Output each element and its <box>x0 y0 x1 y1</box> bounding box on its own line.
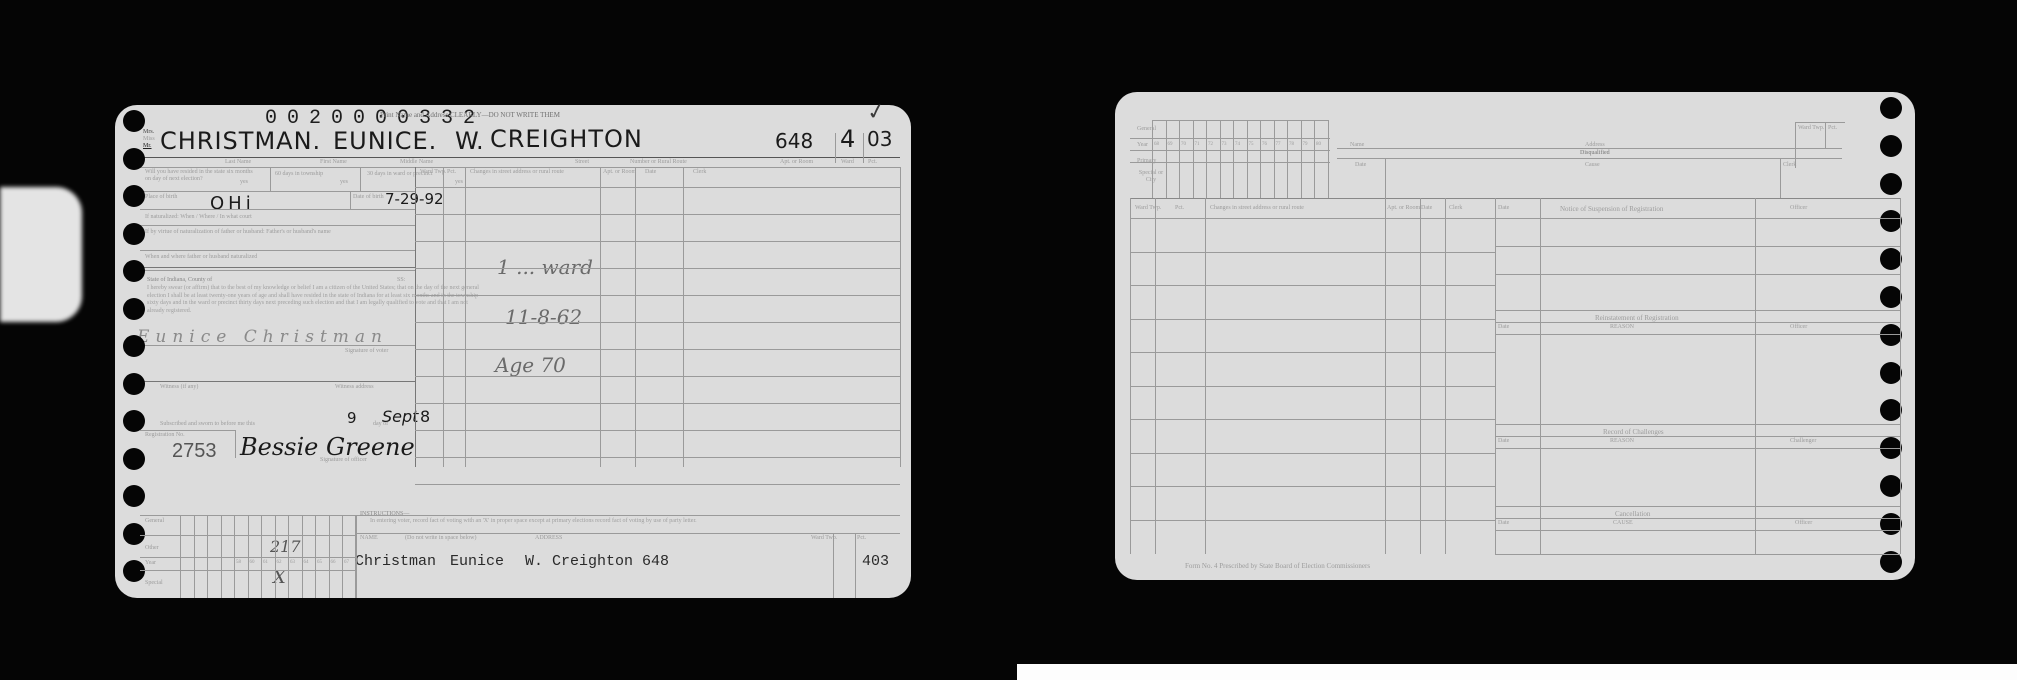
label-apt: Apt. or Room <box>780 159 813 165</box>
table-row-rule <box>1130 352 1495 353</box>
grid-col-rule <box>1287 120 1288 198</box>
punch-hole <box>123 260 145 282</box>
challenge-header-date: Date <box>1498 438 1509 444</box>
rule <box>1795 122 1845 123</box>
table-row-rule <box>415 214 900 215</box>
last-name: CHRISTMAN. <box>160 127 321 155</box>
table-row-rule <box>1130 486 1495 487</box>
grid-col-rule <box>1247 120 1248 198</box>
punch-hole <box>123 298 145 320</box>
scan-artifact-blob <box>0 187 82 322</box>
grid-year-label: 75 <box>1249 142 1254 147</box>
rule <box>140 250 415 251</box>
ward: 4 <box>840 125 855 153</box>
table-col-rule <box>1900 198 1901 554</box>
grid-row-other: Other <box>145 545 159 551</box>
grid-row-rule <box>1152 120 1328 121</box>
grid-year-label: 73 <box>1222 142 1227 147</box>
rule <box>1780 158 1781 198</box>
punch-hole <box>123 485 145 507</box>
street-direction: W. <box>455 127 484 155</box>
punch-hole <box>1880 248 1902 270</box>
reinstatement-header-officer: Officer <box>1790 324 1807 330</box>
grid-row-rule <box>1130 138 1330 139</box>
salutation-mr: Mr. <box>143 143 152 149</box>
table-row-rule <box>1130 252 1495 253</box>
rule <box>140 270 415 271</box>
first-name: EUNICE. <box>333 127 437 155</box>
punch-hole <box>123 448 145 470</box>
rule <box>443 167 444 467</box>
table-row-rule <box>415 349 900 350</box>
rule <box>855 533 856 598</box>
witness-address-label: Witness address <box>335 384 374 390</box>
cancellation-title: Cancellation <box>1615 510 1650 518</box>
changes-header-address: Changes in street address or rural route <box>1210 205 1304 211</box>
grid-year-label: 68 <box>1154 142 1159 147</box>
typed-last-name: Christman <box>355 553 436 570</box>
changes-header-clerk: Clerk <box>1449 205 1462 211</box>
suspension-header-officer: Officer <box>1790 205 1807 211</box>
table-row-rule <box>415 241 900 242</box>
grid-row-rule <box>140 570 355 571</box>
section-rule <box>1495 436 1900 437</box>
punch-hole <box>123 223 145 245</box>
suspension-header-date: Date <box>1498 205 1509 211</box>
punch-hole <box>1880 286 1902 308</box>
grid-col-rule <box>1314 120 1315 198</box>
bottom-label-address: ADDRESS <box>535 535 562 541</box>
section-rule <box>1495 274 1900 275</box>
grid-year-label: 69 <box>1168 142 1173 147</box>
table-row-rule <box>415 403 900 404</box>
rule <box>1795 122 1796 168</box>
checkmark-icon: ✓ <box>865 98 888 127</box>
punch-hole <box>123 560 145 582</box>
voter-registration-card-back: General Year Primary Special or City Nam… <box>1115 92 1915 580</box>
punch-hole <box>1880 513 1902 535</box>
township-question: 60 days in township <box>275 171 323 177</box>
note-ward: 1 ... ward <box>497 255 593 279</box>
grid-row-rule <box>1130 162 1330 163</box>
grid-year-label: 64 <box>304 560 309 565</box>
rule <box>355 533 900 534</box>
grid-year-label: 72 <box>1208 142 1213 147</box>
grid-col-rule <box>1220 120 1221 198</box>
challenge-header-reason: REASON <box>1610 438 1634 444</box>
changes-header-ward: Ward Twp. <box>1135 205 1161 211</box>
registration-number: 2753 <box>172 440 217 463</box>
punch-hole <box>123 523 145 545</box>
scan-border-bar <box>1017 664 2017 680</box>
table-row-rule <box>1130 285 1495 286</box>
rule <box>415 167 416 467</box>
section-rule <box>1495 554 1900 555</box>
punch-hole <box>123 185 145 207</box>
registrar-label: Signature of officer <box>320 457 367 463</box>
instructions-text: In entering voter, record fact of voting… <box>370 518 850 526</box>
note-date: 11-8-62 <box>505 305 582 329</box>
grid-year-label: 60 <box>250 560 255 565</box>
street-name: CREIGHTON <box>490 125 643 153</box>
grid-col-rule <box>1233 120 1234 198</box>
salutation-mrs: Mrs. <box>143 129 154 135</box>
registration-no-label: Registration No. <box>145 432 185 438</box>
label-first-name: First Name <box>320 159 347 165</box>
rule <box>1130 198 1900 199</box>
grid-year-label: 61 <box>263 560 268 565</box>
section-rule <box>1495 218 1900 219</box>
label-number: Number or Rural Route <box>630 159 687 165</box>
table-col-rule <box>1495 198 1496 554</box>
section-rule <box>1495 322 1900 323</box>
naturalized-label: If naturalized: When / Where / In what c… <box>145 214 252 220</box>
reinstatement-header-reason: REASON <box>1610 324 1634 330</box>
label-ward-twp: Ward Twp. <box>1798 125 1824 131</box>
table-col-rule <box>1755 198 1756 554</box>
grid-col-rule <box>1206 120 1207 198</box>
section-rule <box>1495 518 1900 519</box>
table-row-rule <box>415 457 900 458</box>
changes-header-pct: Pct. <box>447 169 456 175</box>
voter-signature: Eunice Christman <box>137 327 388 347</box>
grid-year-label: 74 <box>1235 142 1240 147</box>
rule <box>140 381 415 382</box>
changes-header-apt: Apt. or Room <box>1387 205 1420 211</box>
rule <box>635 167 636 467</box>
table-row-rule <box>415 484 900 485</box>
grid-col-rule <box>1260 120 1261 198</box>
grid-year-label: 78 <box>1289 142 1294 147</box>
label-ward: Ward <box>841 159 854 165</box>
grid-row-rule <box>1130 150 1330 151</box>
grid-row-general: General <box>145 518 164 524</box>
salutation-miss: Miss <box>143 136 155 142</box>
subscribed-year: 8 <box>420 407 430 426</box>
grid-year-label: 66 <box>331 560 336 565</box>
cancellation-header-cause: CAUSE <box>1613 520 1633 526</box>
punch-hole <box>1880 475 1902 497</box>
grid-col-rule <box>1166 120 1167 198</box>
grid-col-rule <box>356 515 357 598</box>
township-answer: yes <box>340 179 348 185</box>
rule <box>235 430 236 458</box>
place-of-birth-label: Place of birth <box>145 194 177 200</box>
grid-year-label: 65 <box>317 560 322 565</box>
table-row-rule <box>1130 520 1495 521</box>
bottom-label-pct: Pct. <box>857 535 866 541</box>
section-rule <box>1495 246 1900 247</box>
rule <box>1337 158 1842 159</box>
grid-row-general: General <box>1137 126 1156 132</box>
rule <box>1337 148 1842 149</box>
grid-year-label: 58 <box>236 560 241 565</box>
oath-ss: SS: <box>397 277 405 283</box>
rule <box>140 225 415 226</box>
label-disqualified: Disqualified <box>1580 150 1610 156</box>
section-rule <box>1495 448 1900 449</box>
grid-row-special: Special or City <box>1137 170 1165 184</box>
bottom-label-note: (Do not write in space below) <box>405 535 476 541</box>
rule <box>1385 158 1386 198</box>
changes-header-date: Date <box>645 169 656 175</box>
grid-year-label: 80 <box>1316 142 1321 147</box>
grid-col-rule <box>1152 120 1153 198</box>
table-row-rule <box>1130 419 1495 420</box>
punch-hole <box>1880 362 1902 384</box>
table-row-rule <box>415 187 900 188</box>
punch-hole <box>1880 97 1902 119</box>
punch-hole <box>123 148 145 170</box>
typed-street: W. Creighton 648 <box>525 553 669 570</box>
derivative-label: If by virtue of naturalization of father… <box>145 229 405 236</box>
rule <box>900 167 901 467</box>
header-instruction: Print Name and Address CLEARLY—DO NOT WR… <box>380 111 560 119</box>
grid-year-label: 63 <box>290 560 295 565</box>
instructions-heading: INSTRUCTIONS— <box>360 511 409 517</box>
grid-year-label: 79 <box>1303 142 1308 147</box>
changes-header-date: Date <box>1421 205 1432 211</box>
section-rule <box>1495 310 1900 311</box>
grid-row-primary: Primary <box>1137 158 1156 164</box>
rule <box>140 167 900 168</box>
section-rule <box>1495 506 1900 507</box>
rule <box>835 133 836 163</box>
punch-hole <box>123 373 145 395</box>
section-rule <box>1495 530 1900 531</box>
punch-hole <box>1880 135 1902 157</box>
table-row-rule <box>1130 453 1495 454</box>
table-row-rule <box>415 376 900 377</box>
rule <box>270 167 271 191</box>
rule <box>360 167 361 191</box>
rule <box>465 167 466 467</box>
state-residence-question: Will you have resided in the state six m… <box>145 169 255 183</box>
rule <box>1825 122 1826 148</box>
place-of-birth: OHi <box>210 193 255 214</box>
subscribed-label: Subscribed and sworn to before me this <box>160 421 255 427</box>
when-where-label: When and where father or husband natural… <box>145 254 257 260</box>
label-street: Street <box>575 159 589 165</box>
changes-header-pct: Pct. <box>1175 205 1184 211</box>
rule <box>600 167 601 467</box>
changes-header-apt: Apt. or Room <box>603 169 636 175</box>
grid-row-special: Special <box>145 580 163 586</box>
note-age: Age 70 <box>495 353 566 377</box>
punch-hole <box>123 410 145 432</box>
precinct: 03 <box>867 127 892 151</box>
grid-year-label: 71 <box>1195 142 1200 147</box>
reinstatement-title: Reinstatement of Registration <box>1595 314 1679 322</box>
table-row-rule <box>1130 218 1495 219</box>
grid-col-rule <box>1179 120 1180 198</box>
section-rule <box>1495 424 1900 425</box>
cancellation-header-date: Date <box>1498 520 1509 526</box>
signature-label: Signature of voter <box>345 348 388 354</box>
rule <box>833 533 834 598</box>
bottom-label-name: NAME <box>360 535 378 541</box>
rule <box>140 345 415 346</box>
challenge-header-challenger: Challenger <box>1790 438 1816 444</box>
cancellation-header-officer: Officer <box>1795 520 1812 526</box>
grid-col-rule <box>1301 120 1302 198</box>
table-row-rule <box>415 322 900 323</box>
grid-year-label: 76 <box>1262 142 1267 147</box>
rule <box>863 133 864 163</box>
rule <box>140 191 415 192</box>
rule <box>140 515 900 516</box>
witness-label: Witness (if any) <box>160 384 198 390</box>
apt-number: 648 <box>775 129 813 153</box>
oath-heading: State of Indiana, County of <box>147 277 212 283</box>
table-row-rule <box>415 430 900 431</box>
rule <box>683 167 684 467</box>
table-row-rule <box>415 295 900 296</box>
label-pct: Pct. <box>868 159 877 165</box>
subscribed-day: 9 <box>347 409 357 427</box>
rule <box>140 430 235 431</box>
grid-col-rule <box>1328 120 1329 198</box>
challenge-title: Record of Challenges <box>1603 428 1664 436</box>
label-cause: Cause <box>1585 162 1600 168</box>
voter-registration-card-front: 0020000332 Print Name and Address CLEARL… <box>115 105 911 598</box>
grid-col-rule <box>1274 120 1275 198</box>
table-row-rule <box>1130 319 1495 320</box>
label-date: Date <box>1355 162 1366 168</box>
rule <box>140 157 900 158</box>
grid-year-label: 70 <box>1181 142 1186 147</box>
precinct-answer: yes <box>455 179 463 185</box>
typed-ward-pct: 403 <box>862 553 889 570</box>
table-row-rule <box>415 268 900 269</box>
form-footer: Form No. 4 Prescribed by State Board of … <box>1185 562 1370 570</box>
suspension-header-notice: Notice of Suspension of Registration <box>1560 205 1663 213</box>
grid-year-label: 77 <box>1276 142 1281 147</box>
label-last-name: Last Name <box>225 159 251 165</box>
grid-col-rule <box>1193 120 1194 198</box>
typed-first-name: Eunice <box>450 553 504 570</box>
table-row-rule <box>1130 386 1495 387</box>
reinstatement-header-date: Date <box>1498 324 1509 330</box>
punch-hole <box>123 335 145 357</box>
label-pct: Pct. <box>1828 125 1837 131</box>
changes-header-address: Changes in street address or rural route <box>470 169 564 175</box>
grid-row-year: Year <box>145 560 156 566</box>
grid-year-label: 62 <box>277 560 282 565</box>
punch-hole <box>1880 173 1902 195</box>
rule <box>350 191 351 209</box>
punch-hole <box>123 110 145 132</box>
rule <box>140 267 415 268</box>
table-col-rule <box>1540 198 1541 554</box>
oath-text: I hereby swear (or affirm) that to the b… <box>147 285 487 315</box>
grid-row-year: Year <box>1137 142 1148 148</box>
punch-hole <box>1880 210 1902 232</box>
section-rule <box>1495 334 1900 335</box>
rule <box>140 209 415 210</box>
grid-row-rule <box>140 557 355 558</box>
state-residence-answer: yes <box>240 179 248 185</box>
punch-hole <box>1880 399 1902 421</box>
subscribed-month: Sept <box>382 407 418 426</box>
label-middle-name: Middle Name <box>400 159 433 165</box>
date-of-birth-label: Date of birth <box>353 194 384 200</box>
changes-header-clerk: Clerk <box>693 169 706 175</box>
grid-row-rule <box>140 535 355 536</box>
grid-year-label: 67 <box>344 560 349 565</box>
